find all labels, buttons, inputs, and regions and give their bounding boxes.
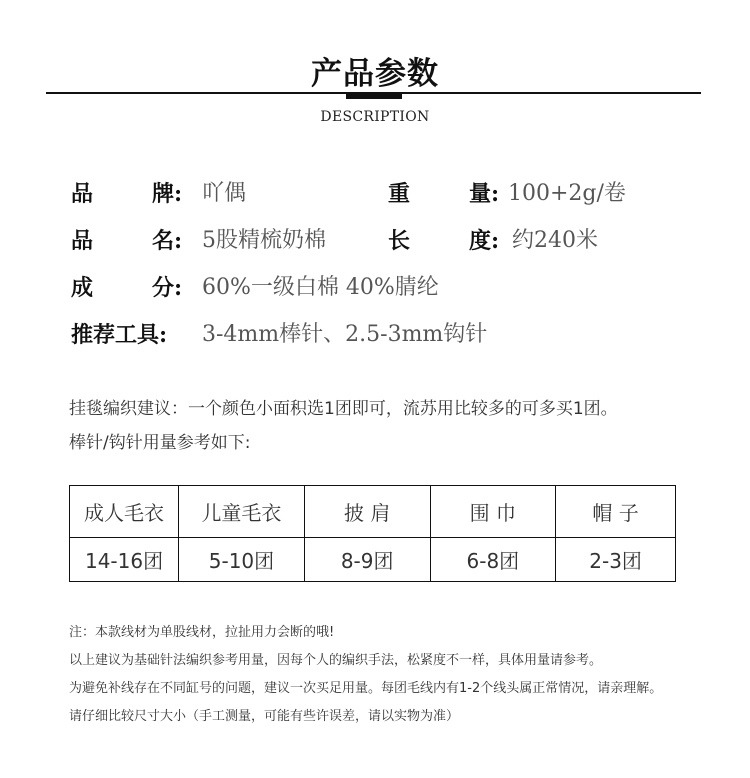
spec-label: 分:: [152, 272, 182, 304]
spec-value: 3-4mm棒针、2.5-3mm钩针: [202, 319, 487, 351]
spec-tools: 推荐工具: 3-4mm棒针、2.5-3mm钩针: [0, 319, 750, 351]
spec-composition: 成 分: 60%一级白棉 40%腈纶: [0, 272, 750, 304]
table-header-cell: 成人毛衣: [70, 486, 179, 538]
spec-value: 约240米: [512, 225, 598, 257]
table-header-cell: 披 肩: [304, 486, 430, 538]
spec-label: 重: [388, 178, 410, 210]
table-cell: 8-9团: [304, 538, 430, 582]
spec-value: 60%一级白棉 40%腈纶: [202, 272, 439, 304]
usage-table: 成人毛衣 儿童毛衣 披 肩 围 巾 帽 子 14-16团 5-10团 8-9团 …: [69, 485, 676, 582]
table-cell: 5-10团: [179, 538, 305, 582]
table-cell: 2-3团: [556, 538, 676, 582]
note-line: 以上建议为基础针法编织参考用量，因每个人的编织手法，松紧度不一样，具体用量请参考…: [69, 649, 602, 668]
advice-line-2: 棒针/钩针用量参考如下:: [69, 428, 250, 453]
spec-label: 度:: [469, 225, 499, 257]
table-row: 14-16团 5-10团 8-9团 6-8团 2-3团: [70, 538, 676, 582]
table-header-cell: 围 巾: [430, 486, 556, 538]
table-cell: 14-16团: [70, 538, 179, 582]
spec-weight: 重 量: 100+2g/卷: [0, 178, 750, 210]
spec-length: 长 度: 约240米: [0, 225, 750, 257]
table-header-cell: 帽 子: [556, 486, 676, 538]
advice-line-1: 挂毯编织建议：一个颜色小面积选1团即可，流苏用比较多的可多买1团。: [69, 394, 618, 419]
note-line: 请仔细比较尺寸大小（手工测量，可能有些许误差，请以实物为准）: [69, 705, 459, 724]
title-accent-bar: [346, 93, 402, 99]
table-header-row: 成人毛衣 儿童毛衣 披 肩 围 巾 帽 子: [70, 486, 676, 538]
page-title: 产品参数: [0, 48, 750, 93]
spec-label: 推荐工具:: [71, 319, 167, 351]
spec-value: 100+2g/卷: [508, 178, 626, 210]
spec-label: 长: [388, 225, 410, 257]
note-line: 注：本款线材为单股线材，拉扯用力会断的哦!: [69, 621, 334, 640]
table-header-cell: 儿童毛衣: [179, 486, 305, 538]
spec-label: 成: [71, 272, 93, 304]
note-line: 为避免补线存在不同缸号的问题，建议一次买足用量。每团毛线内有1-2个线头属正常情…: [69, 677, 662, 696]
table-cell: 6-8团: [430, 538, 556, 582]
spec-label: 量:: [469, 178, 499, 210]
page-subtitle: DESCRIPTION: [0, 109, 750, 125]
